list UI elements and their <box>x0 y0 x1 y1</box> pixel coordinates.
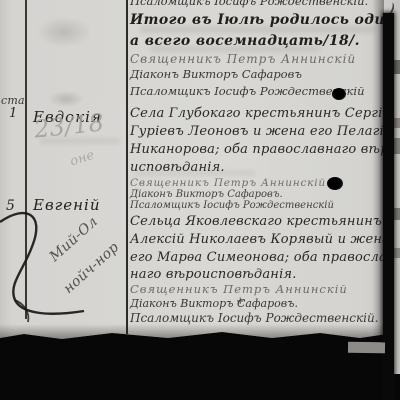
entry1-parents-line: Гуріевъ Леоновъ и жена его Пелагія <box>130 125 386 138</box>
entry2-parents-line: наго вѣроисповѣданія. <box>130 268 297 281</box>
priest-signature: Священникъ Петръ Аннинскій <box>130 178 326 189</box>
entry-number-1: 1 <box>9 107 17 120</box>
sliver-text-fragment <box>394 208 400 220</box>
entry2-parents-line: его Марѳа Симеонова; оба правосла <box>130 251 386 264</box>
deacon-signature: Діаконъ Викторъ Сафаровъ. <box>130 298 298 309</box>
margin-month-fragment: ста <box>1 95 25 106</box>
sliver-text-fragment <box>394 118 400 128</box>
facing-page-sliver <box>394 0 400 374</box>
deacon-signature: Діаконъ Викторъ Сафаровъ. <box>130 190 283 200</box>
entry1-parents-line: Села Глубокаго крестьянинъ Сергій <box>130 107 386 120</box>
entry2-parents-line: Сельца Яковлевскаго крестьянинъ <box>130 215 382 228</box>
ink-flourish-stroke <box>0 200 140 330</box>
sliver-text-fragment <box>394 248 400 258</box>
sliver-text-fragment <box>394 138 400 154</box>
correction-caret-mark: + <box>236 296 244 307</box>
entry1-parents-line: исповѣданія. <box>130 161 225 174</box>
overall-total-line: а всего восемнадцать/18/. <box>130 34 360 48</box>
sliver-text-fragment <box>394 60 400 74</box>
torn-edge-fragment <box>348 342 385 354</box>
entry1-parents-line: Никанорова; оба православнаго вѣро <box>130 143 386 156</box>
torn-bottom-edge-shadow <box>0 324 394 341</box>
psalmist-signature: Псаломщикъ Іосифъ Рождественскій. <box>130 312 379 324</box>
pencil-annotation: оне <box>69 149 96 169</box>
scanned-register-photo: ста 1 5 Евдокія Евгеній 23/18 оне Мий-Ол… <box>0 0 400 400</box>
ink-blot <box>332 88 346 100</box>
register-page: ста 1 5 Евдокія Евгеній 23/18 оне Мий-Ол… <box>0 0 394 341</box>
priest-signature: Священникъ Петръ Аннинскій <box>130 284 348 296</box>
priest-signature: Священникъ Петръ Аннинскій <box>130 53 356 65</box>
psalmist-signature: Псаломщикъ Іосифъ Рождественскій <box>130 201 334 211</box>
pencil-annotation: 23/18 <box>33 110 105 141</box>
psalmist-signature: Псаломщикъ Іосифъ Рождественскій <box>130 86 365 98</box>
record-text-column: Псаломщикъ Іосифъ Рождественскій. Итого … <box>128 0 386 334</box>
entry2-parents-line: Алексій Николаевъ Корявый и жена <box>130 233 386 246</box>
month-total-line: Итого въ Іюлѣ родилось одинадцать <box>130 13 386 27</box>
deacon-signature: Діаконъ Викторъ Сафаровъ <box>130 69 302 81</box>
ink-blot <box>327 177 343 190</box>
psalmist-signature: Псаломщикъ Іосифъ Рождественскій. <box>130 0 368 8</box>
